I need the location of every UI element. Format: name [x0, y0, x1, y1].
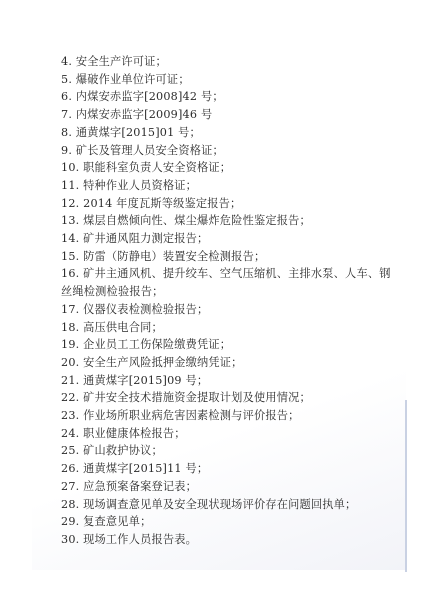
list-item: 7. 内煤安赤监字[2009]46 号 — [61, 106, 406, 124]
list-item: 21. 通黄煤字[2015]09 号； — [61, 372, 406, 390]
list-item: 11. 特种作业人员资格证； — [61, 177, 406, 195]
list-item: 17. 仪器仪表检测检验报告； — [61, 301, 406, 319]
list-item: 23. 作业场所职业病危害因素检测与评价报告； — [61, 407, 406, 425]
list-item: 14. 矿井通风阻力测定报告； — [61, 230, 406, 248]
list-item: 30. 现场工作人员报告表。 — [61, 531, 406, 549]
list-item: 13. 煤层自燃倾向性、煤尘爆炸危险性鉴定报告； — [61, 212, 406, 230]
list-item: 28. 现场调查意见单及安全现状现场评价存在问题回执单； — [61, 496, 406, 514]
list-item: 22. 矿井安全技术措施资金提取计划及使用情况； — [61, 389, 406, 407]
list-item: 25. 矿山救护协议； — [61, 442, 406, 460]
list-item: 20. 安全生产风险抵押金缴纳凭证； — [61, 354, 406, 372]
list-item: 24. 职业健康体检报告； — [61, 425, 406, 443]
list-item: 6. 内煤安赤监字[2008]42 号； — [61, 88, 406, 106]
list-item: 15. 防雷（防静电）装置安全检测报告； — [61, 248, 406, 266]
list-item: 12. 2014 年度瓦斯等级鉴定报告； — [61, 195, 406, 213]
list-item: 9. 矿长及管理人员安全资格证； — [61, 142, 406, 160]
list-item: 8. 通黄煤字[2015]01 号； — [61, 124, 406, 142]
list-item: 18. 高压供电合同； — [61, 319, 406, 337]
list-item: 29. 复查意见单； — [61, 513, 406, 531]
list-item: 27. 应急预案备案登记表； — [61, 478, 406, 496]
list-item: 10. 职能科室负责人安全资格证； — [61, 159, 406, 177]
list-item: 19. 企业员工工伤保险缴费凭证； — [61, 336, 406, 354]
list-item: 26. 通黄煤字[2015]11 号； — [61, 460, 406, 478]
document-item-list: 4. 安全生产许可证； 5. 爆破作业单位许可证； 6. 内煤安赤监字[2008… — [61, 53, 406, 549]
list-item: 16. 矿井主通风机、提升绞车、空气压缩机、主排水泵、人车、钢丝绳检测检验报告； — [61, 265, 393, 300]
list-item: 5. 爆破作业单位许可证； — [61, 71, 406, 89]
list-item: 4. 安全生产许可证； — [61, 53, 406, 71]
